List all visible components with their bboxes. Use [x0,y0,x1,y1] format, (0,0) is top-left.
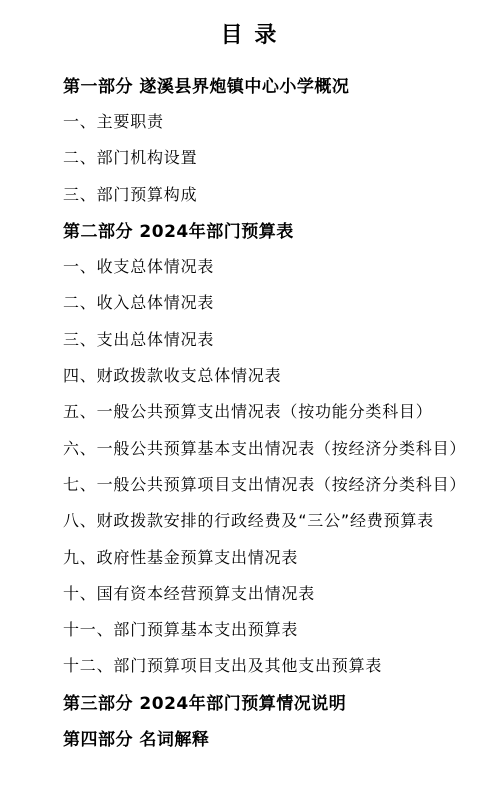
toc-section-heading: 第四部分 名词解释 [63,719,479,755]
toc-item: 一、收支总体情况表 [63,247,479,283]
toc-page: 目 录 第一部分 遂溪县界炮镇中心小学概况一、主要职责二、部门机构设置三、部门预… [0,0,499,787]
toc-item: 一、主要职责 [63,102,479,138]
toc-item: 二、部门机构设置 [63,139,479,175]
page-title: 目 录 [0,0,499,51]
toc-item: 八、财政拨款安排的行政经费及“三公”经费预算表 [63,502,479,538]
toc-item: 三、部门预算构成 [63,175,479,211]
toc-item: 十一、部门预算基本支出预算表 [63,610,479,646]
toc-item: 七、一般公共预算项目支出情况表（按经济分类科目） [63,465,479,501]
toc-item: 九、政府性基金预算支出情况表 [63,538,479,574]
toc-list: 第一部分 遂溪县界炮镇中心小学概况一、主要职责二、部门机构设置三、部门预算构成第… [0,66,499,756]
toc-item: 十、国有资本经营预算支出情况表 [63,574,479,610]
toc-item: 六、一般公共预算基本支出情况表（按经济分类科目） [63,429,479,465]
toc-item: 二、收入总体情况表 [63,284,479,320]
toc-item: 三、支出总体情况表 [63,320,479,356]
toc-item: 五、一般公共预算支出情况表（按功能分类科目） [63,393,479,429]
toc-item: 四、财政拨款收支总体情况表 [63,356,479,392]
toc-item: 十二、部门预算项目支出及其他支出预算表 [63,647,479,683]
toc-section-heading: 第二部分 2024年部门预算表 [63,211,479,247]
toc-section-heading: 第一部分 遂溪县界炮镇中心小学概况 [63,66,479,102]
toc-section-heading: 第三部分 2024年部门预算情况说明 [63,683,479,719]
